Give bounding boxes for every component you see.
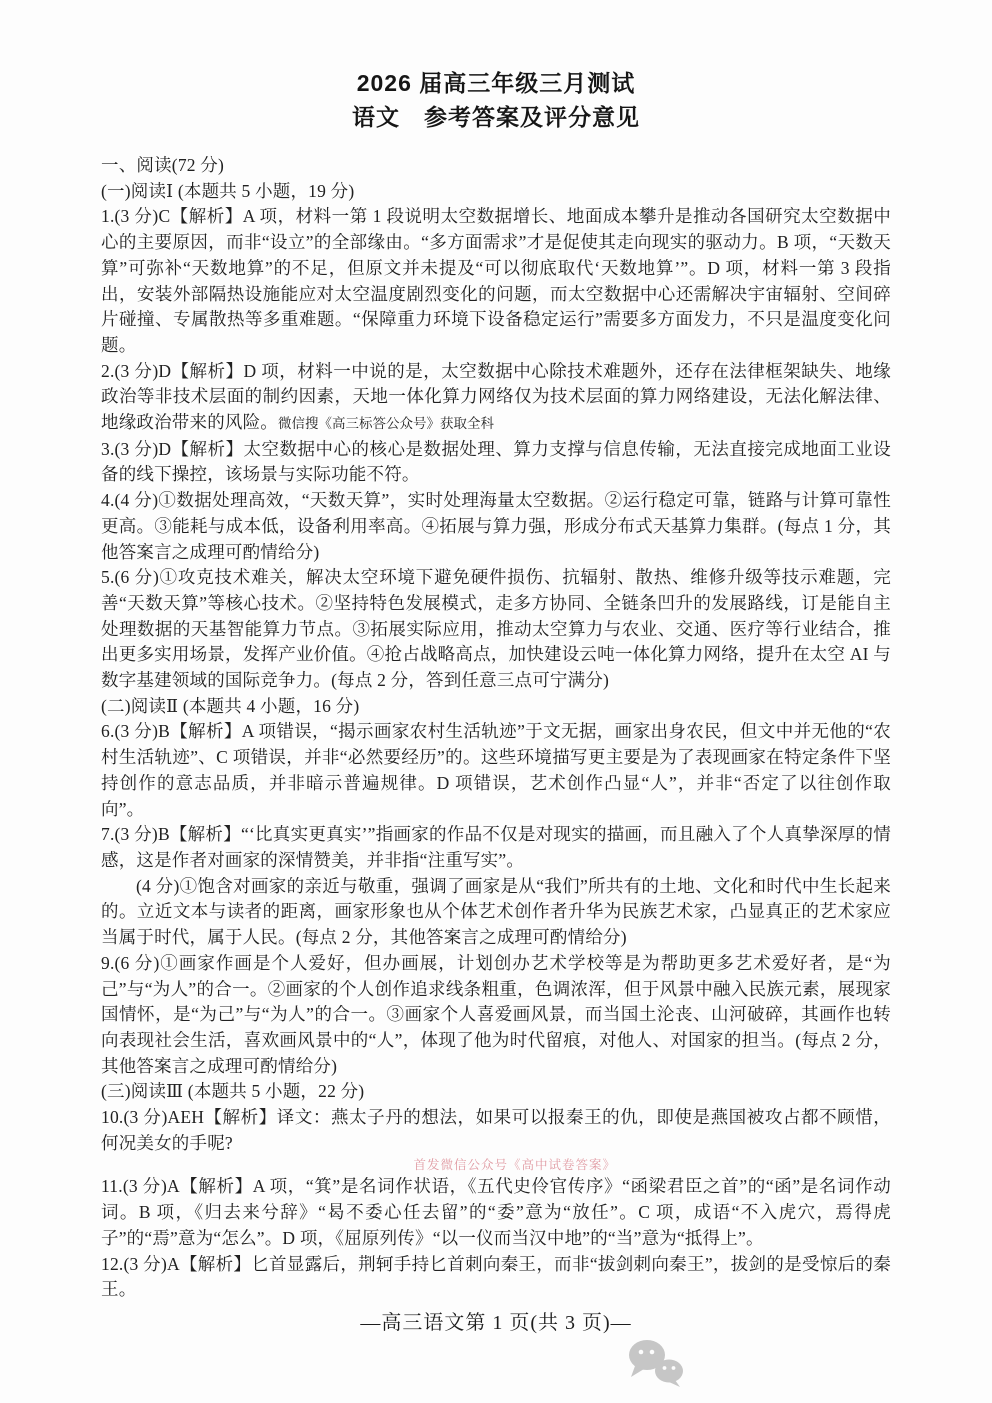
- q2-answer: 2.(3 分)D【解析】D 项，材料一中说的是，太空数据中心除技术难题外，还存在…: [101, 359, 891, 437]
- q9-answer: 9.(6 分)①画家作画是个人爱好，但办画展，计划创办艺术学校等是为帮助更多艺术…: [101, 951, 891, 1080]
- document-title: 2026 届高三年级三月测试: [0, 72, 992, 95]
- answers-body: 一、阅读(72 分)(一)阅读Ⅰ (本题共 5 小题，19 分)1.(3 分)C…: [101, 153, 891, 1303]
- q5-answer: 5.(6 分)①攻克技术难关，解决太空环境下避免硬件损伤、抗辐射、散热、维修升级…: [101, 565, 891, 694]
- document-subtitle: 语文 参考答案及评分意见: [0, 106, 992, 129]
- watermark-text: 首发微信公众号《高中试卷答案》: [101, 1156, 891, 1174]
- q11-answer: 11.(3 分)A【解析】A 项，“箕”是名词作状语，《五代史伶官传序》“函梁君…: [101, 1174, 891, 1251]
- section-1-heading: 一、阅读(72 分): [101, 153, 891, 179]
- reading-1-heading: (一)阅读Ⅰ (本题共 5 小题，19 分): [101, 179, 891, 205]
- q7-answer: 7.(3 分)B【解析】“‘比真实更真实’”指画家的作品不仅是对现实的描画，而且…: [101, 822, 891, 873]
- q6-answer: 6.(3 分)B【解析】A 项错误，“揭示画家农村生活轨迹”于文无据，画家出身农…: [101, 719, 891, 822]
- reading-2-heading: (二)阅读Ⅱ (本题共 4 小题，16 分): [101, 694, 891, 720]
- reading-3-heading: (三)阅读Ⅲ (本题共 5 小题，22 分): [101, 1079, 891, 1105]
- q3-answer: 3.(3 分)D【解析】太空数据中心的核心是数据处理、算力支撑与信息传输，无法直…: [101, 437, 891, 488]
- wechat-icon: [622, 1336, 688, 1388]
- q1-answer: 1.(3 分)C【解析】A 项，材料一第 1 段说明太空数据增长、地面成本攀升是…: [101, 204, 891, 358]
- q8-answer: (4 分)①饱含对画家的亲近与敬重，强调了画家是从“我们”所共有的土地、文化和时…: [101, 874, 891, 951]
- small-promo-note: 微信搜《高三标答公众号》获取全科: [278, 416, 494, 431]
- q10-answer: 10.(3 分)AEH【解析】译文：燕太子丹的想法，如果可以报秦王的仇，即使是燕…: [101, 1105, 891, 1156]
- q4-answer: 4.(4 分)①数据处理高效，“天数天算”，实时处理海量太空数据。②运行稳定可靠…: [101, 488, 891, 565]
- q12-answer: 12.(3 分)A【解析】匕首显露后，荆轲手持匕首刺向秦王，而非“拔剑刺向秦王”…: [101, 1252, 891, 1303]
- answer-sheet-page: 2026 届高三年级三月测试 语文 参考答案及评分意见 一、阅读(72 分)(一…: [0, 0, 992, 1403]
- page-number-footer: —高三语文第 1 页(共 3 页)—: [0, 1306, 992, 1335]
- document-header: 2026 届高三年级三月测试 语文 参考答案及评分意见: [0, 0, 992, 129]
